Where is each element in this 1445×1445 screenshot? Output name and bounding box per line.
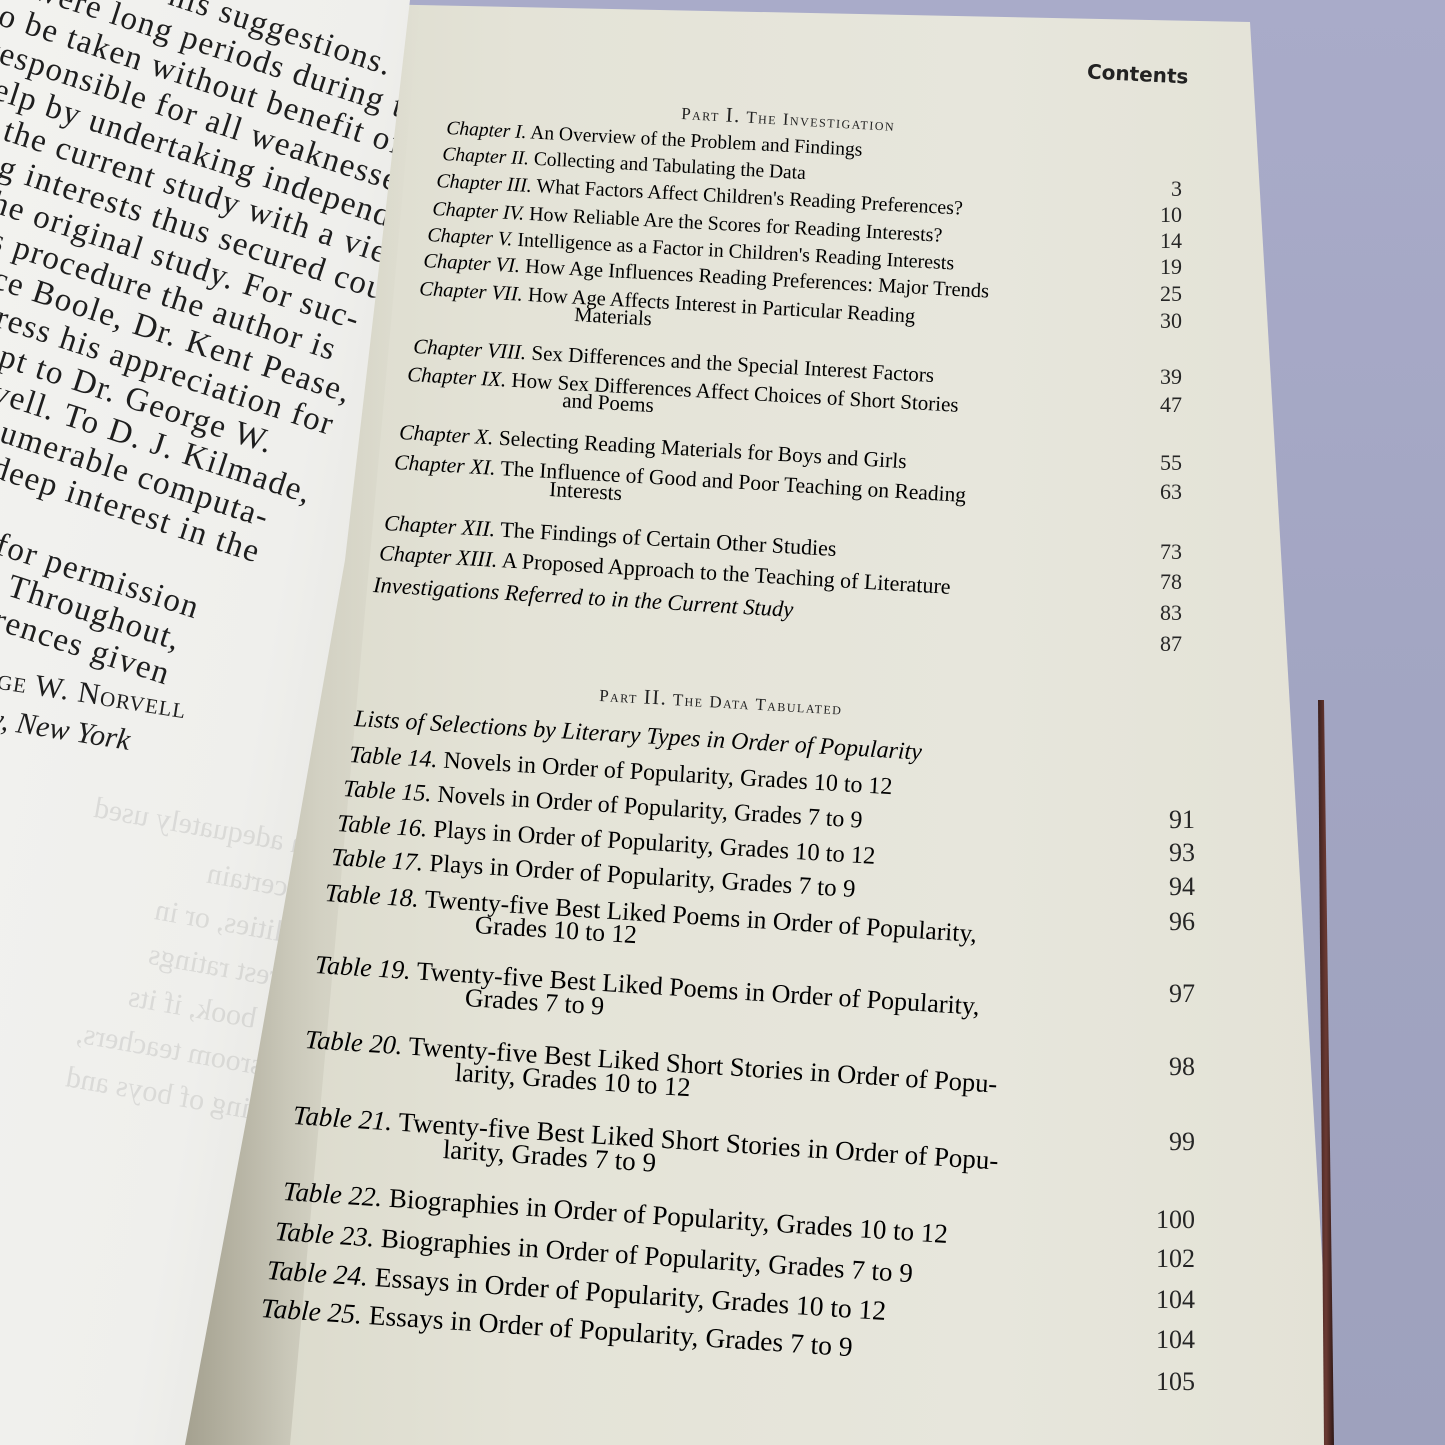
- toc-page-number: 73: [1122, 539, 1182, 565]
- toc-page-number: 25: [1122, 281, 1182, 307]
- toc-entry-label: Chapter IV.: [432, 198, 525, 225]
- toc-entry-label: Table 14.: [348, 742, 438, 773]
- toc-entry-continuation: Interests: [549, 477, 623, 506]
- toc-entry-label: Table 24.: [266, 1254, 369, 1292]
- toc-entry-label: Chapter VIII.: [413, 334, 527, 364]
- toc-entry-label: Chapter V.: [427, 224, 513, 251]
- toc-page-number: 39: [1122, 364, 1182, 390]
- toc-page-number: 98: [1135, 1052, 1195, 1082]
- toc-entry-label: Chapter IX.: [407, 362, 507, 391]
- toc-page-number: 83: [1122, 600, 1182, 626]
- toc-page-number: 100: [1135, 1205, 1195, 1235]
- toc-entry-label: Chapter VII.: [419, 278, 524, 306]
- toc-page-number: 14: [1122, 228, 1182, 254]
- toc-entry-continuation: Materials: [574, 304, 653, 331]
- toc-page-number: 47: [1122, 392, 1182, 418]
- toc-page-number: 104: [1135, 1325, 1195, 1355]
- toc-entry-label: Chapter I.: [446, 118, 527, 143]
- toc-entry-label: Chapter XI.: [394, 450, 497, 480]
- toc-entry-label: Table 15.: [342, 776, 432, 807]
- toc-page-number: 10: [1122, 202, 1182, 228]
- toc-entry-label: Table 18.: [324, 878, 420, 913]
- toc-entry-label: Table 23.: [274, 1216, 375, 1253]
- toc-entry-label: Table 21.: [292, 1100, 393, 1136]
- toc-entry-label: Table 16.: [336, 810, 428, 842]
- toc-entry-label: Chapter II.: [442, 144, 530, 170]
- toc-page-number: 97: [1135, 979, 1195, 1009]
- toc-page-number: 102: [1135, 1244, 1195, 1274]
- toc-page-number: 94: [1135, 872, 1195, 902]
- toc-entry-label: Table 19.: [314, 950, 411, 985]
- toc-page-number: 19: [1122, 254, 1182, 280]
- toc-page-number: 78: [1122, 569, 1182, 595]
- toc-entry-label: Chapter XII.: [384, 510, 496, 541]
- toc-entry-label: Chapter VI.: [423, 250, 521, 277]
- toc-entry-label: Table 20.: [304, 1024, 403, 1060]
- toc-page-number: 55: [1122, 450, 1182, 476]
- toc-entry-label: Table 25.: [260, 1292, 363, 1330]
- toc-page-number: 63: [1122, 479, 1182, 505]
- toc-page-number: 91: [1135, 805, 1195, 835]
- toc-entry-label: Chapter III.: [436, 170, 533, 197]
- toc-page-number: 104: [1135, 1285, 1195, 1315]
- toc-page-number: 105: [1135, 1367, 1195, 1397]
- toc-page-number: 96: [1135, 907, 1195, 937]
- toc-page-number: 3: [1122, 176, 1182, 202]
- toc-page-number: 99: [1135, 1127, 1195, 1157]
- toc-entry-label: Table 17.: [330, 844, 424, 877]
- toc-entry-label: Table 22.: [282, 1176, 383, 1212]
- toc-page-number: 87: [1122, 631, 1182, 657]
- toc-page-number: 93: [1135, 838, 1195, 868]
- toc-entry-label: Chapter X.: [399, 420, 495, 449]
- toc-page-number: 30: [1122, 308, 1182, 334]
